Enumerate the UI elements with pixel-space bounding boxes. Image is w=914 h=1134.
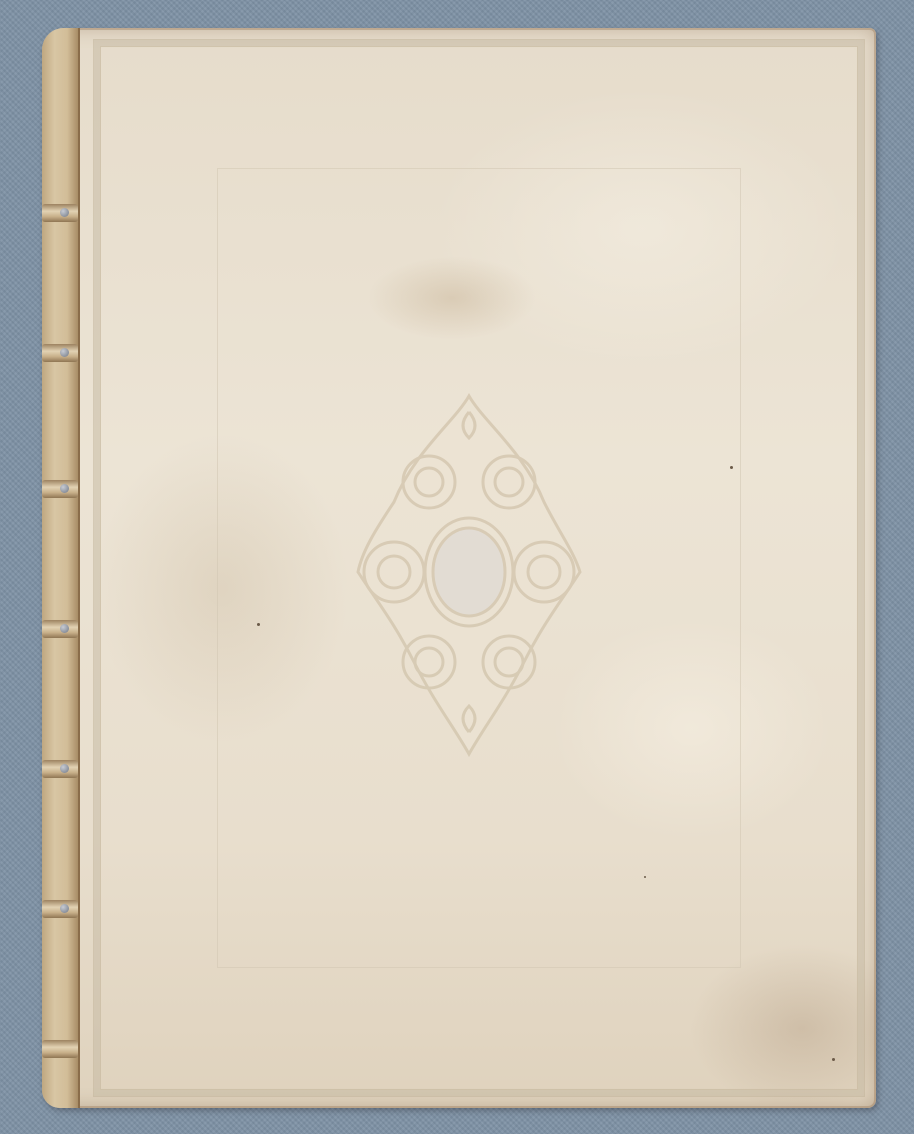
stain [730, 466, 733, 469]
book-cover [42, 28, 876, 1108]
tack-icon [60, 348, 69, 357]
tack-icon [60, 764, 69, 773]
tack-icon [60, 624, 69, 633]
central-ornament-icon [354, 392, 584, 758]
tack-icon [60, 904, 69, 913]
book-spine [42, 28, 80, 1108]
raised-band [42, 1040, 78, 1058]
tack-icon [60, 208, 69, 217]
stain [832, 1058, 835, 1061]
stain [644, 876, 646, 878]
tack-icon [60, 484, 69, 493]
stain [257, 623, 260, 626]
